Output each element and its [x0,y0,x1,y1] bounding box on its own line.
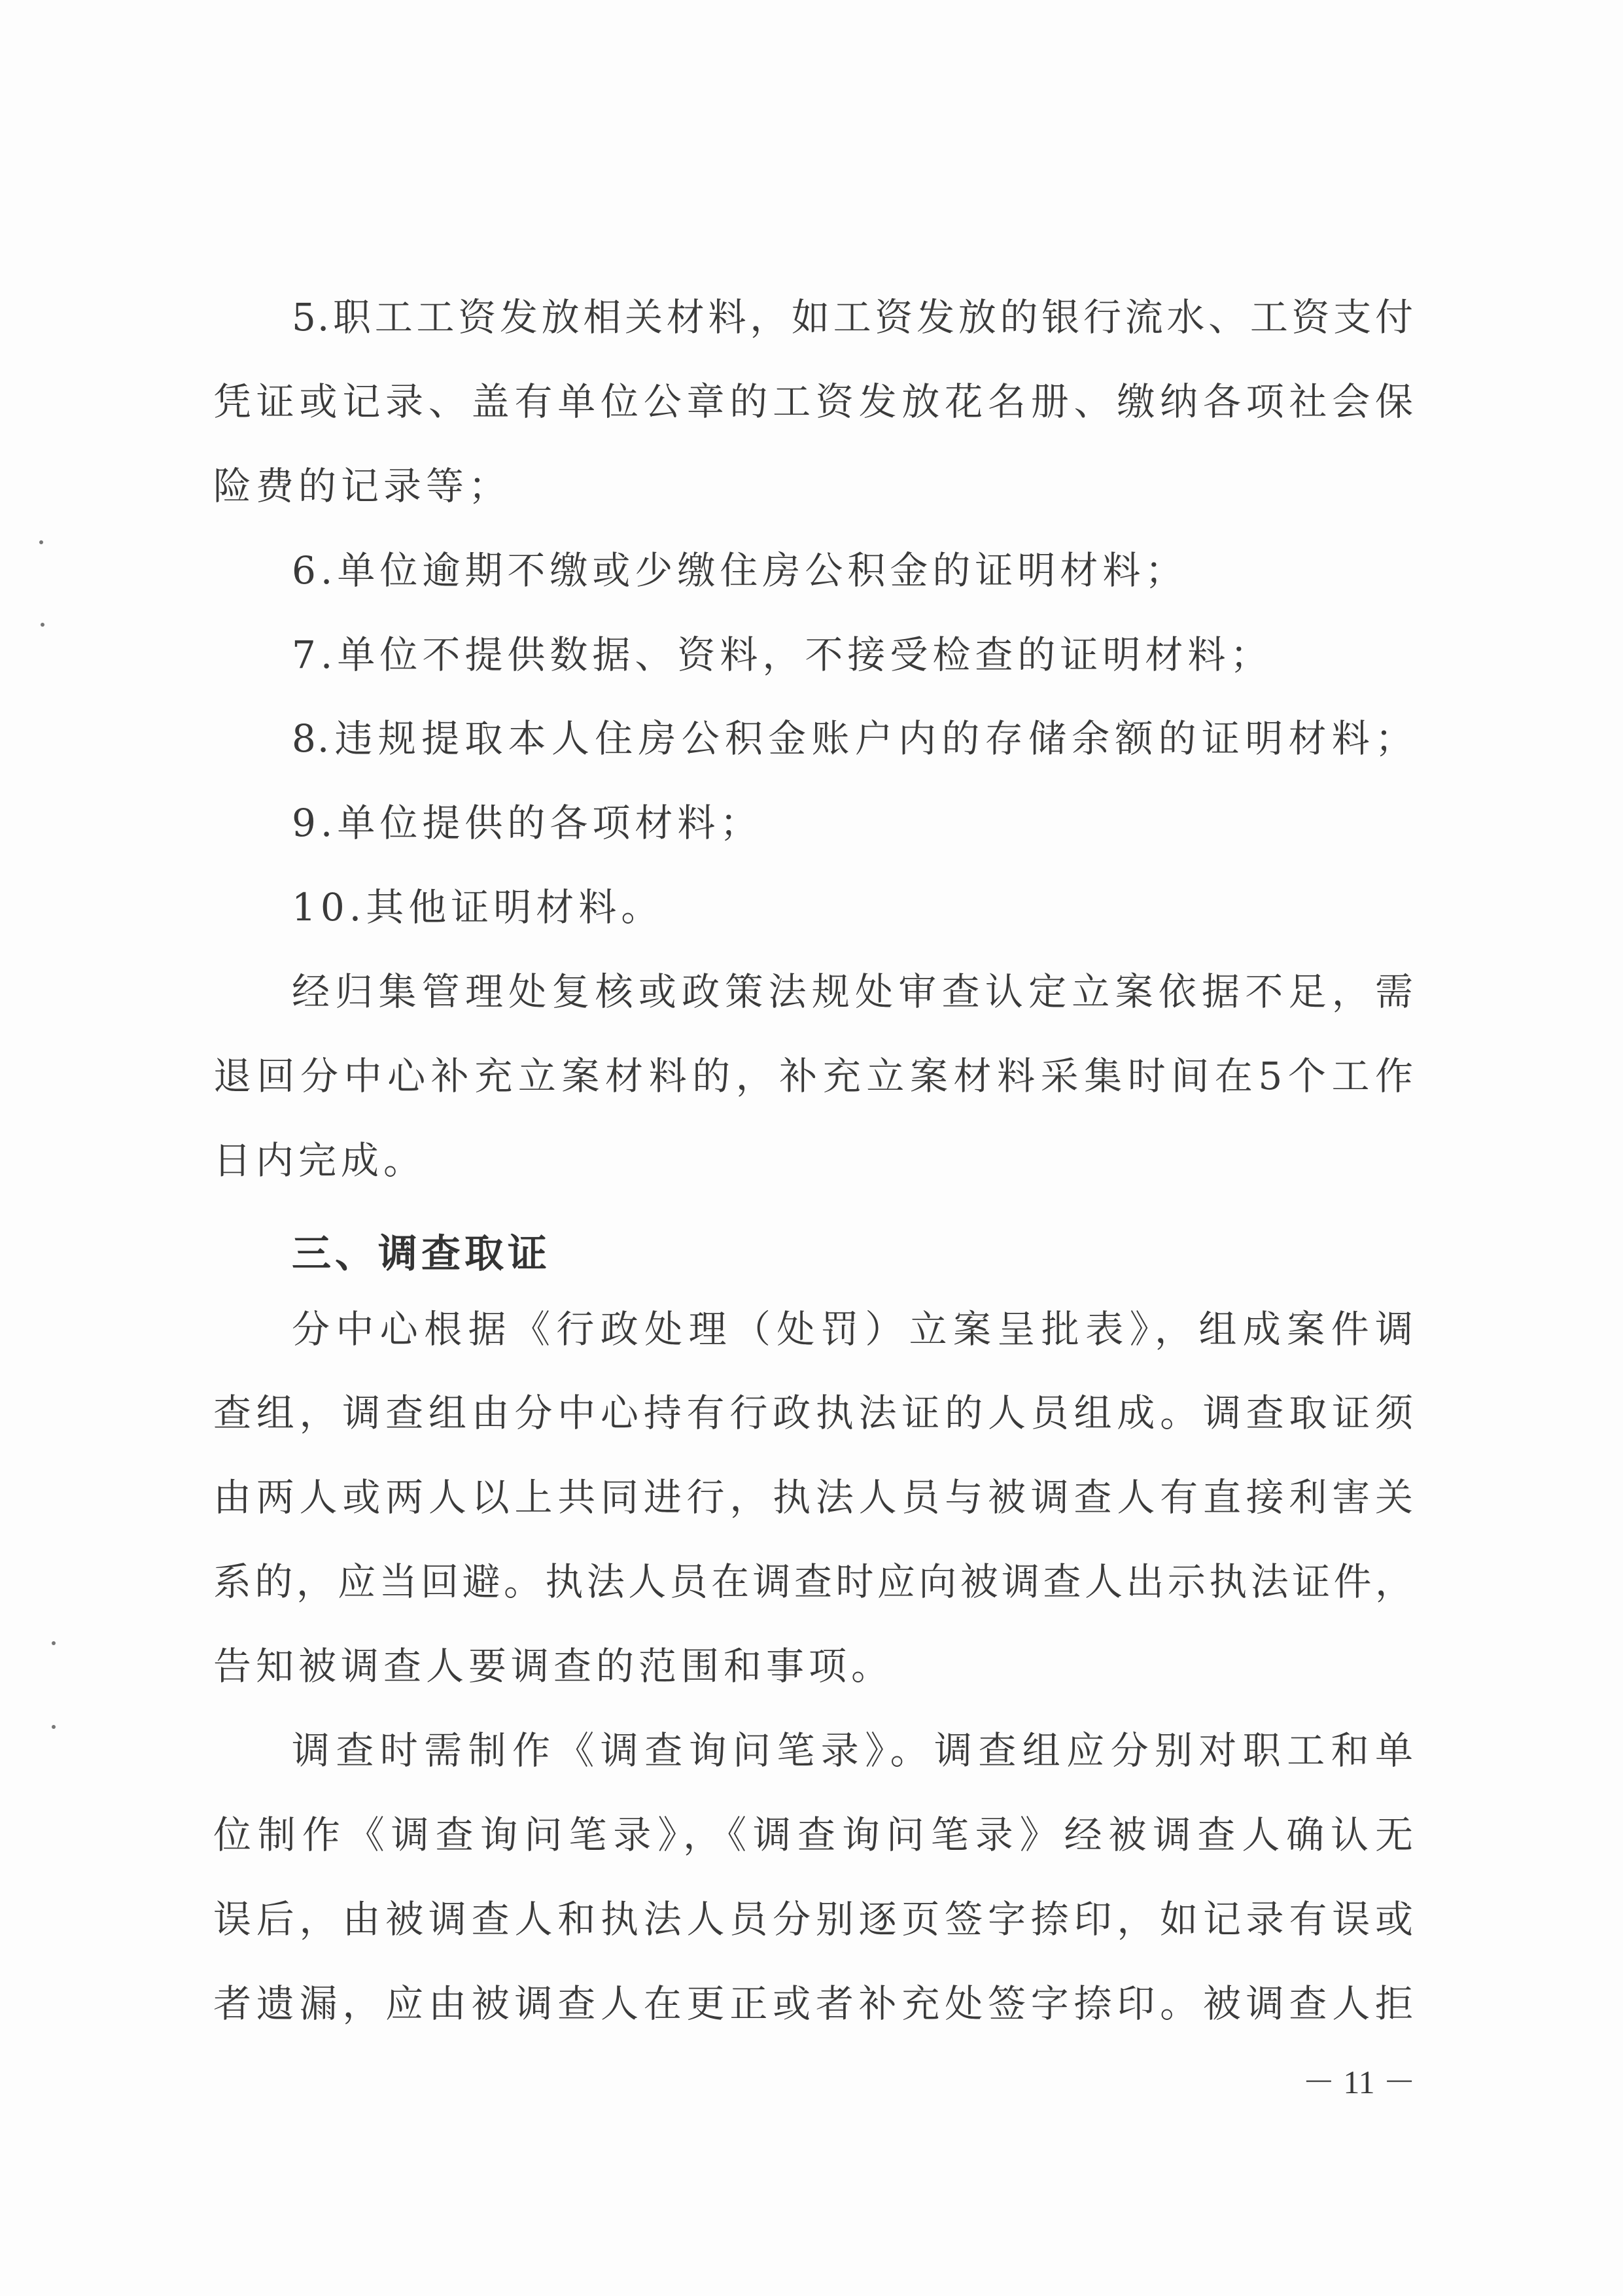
text-line: 日内完成。 [213,1131,1414,1190]
text-line: 误后，由被调查人和执法人员分别逐页签字捺印，如记录有误或 [213,1890,1414,1949]
margin-dot [52,1725,56,1729]
text-line: 10.其他证明材料。 [292,878,1414,937]
text-line: 告知被调查人要调查的范围和事项。 [213,1637,1414,1696]
text-line: 由两人或两人以上共同进行，执法人员与被调查人有直接利害关 [213,1468,1414,1527]
text-line: 5.职工工资发放相关材料，如工资发放的银行流水、工资支付 [292,288,1414,347]
text-line: 9.单位提供的各项材料； [292,793,1414,852]
text-line: 分中心根据《行政处理（处罚）立案呈批表》，组成案件调 [292,1300,1414,1359]
text-line: 查组，调查组由分中心持有行政执法证的人员组成。调查取证须 [213,1383,1414,1442]
text-line: 调查时需制作《调查询问笔录》。调查组应分别对职工和单 [292,1721,1414,1780]
margin-dot [52,1641,56,1645]
section-heading: 三、调查取证 [292,1225,551,1283]
margin-dot [39,540,43,544]
page-number: － 11 － [1299,2062,1420,2102]
text-line: 经归集管理处复核或政策法规处审查认定立案依据不足，需 [292,962,1414,1021]
text-line: 凭证或记录、盖有单位公章的工资发放花名册、缴纳各项社会保 [213,372,1414,431]
text-line: 7.单位不提供数据、资料，不接受检查的证明材料； [292,625,1414,684]
text-line: 退回分中心补充立案材料的，补充立案材料采集时间在5个工作 [213,1047,1414,1105]
text-line: 6.单位逾期不缴或少缴住房公积金的证明材料； [292,541,1414,600]
text-line: 8.违规提取本人住房公积金账户内的存储余额的证明材料； [292,709,1414,768]
text-line: 者遗漏，应由被调查人在更正或者补充处签字捺印。被调查人拒 [213,1974,1414,2033]
document-page: 5.职工工资发放相关材料，如工资发放的银行流水、工资支付凭证或记录、盖有单位公章… [0,0,1623,2296]
text-line: 险费的记录等； [213,457,1414,515]
text-line: 位制作《调查询问笔录》，《调查询问笔录》经被调查人确认无 [213,1805,1414,1864]
text-line: 系的，应当回避。执法人员在调查时应向被调查人出示执法证件， [213,1552,1414,1611]
margin-dot [41,623,44,627]
